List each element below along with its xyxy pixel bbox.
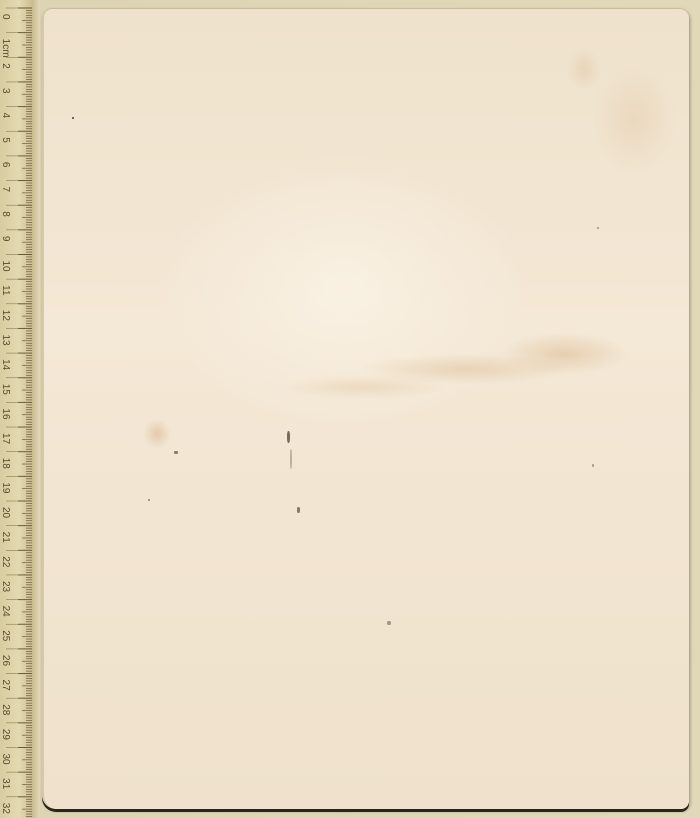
ink-speck [72,117,74,119]
ruler-label: 9 [0,236,11,242]
ink-speck [148,499,150,501]
ruler-label: 5 [0,137,11,143]
ruler-label: 31 [0,778,11,790]
ruler-label: 27 [0,680,11,692]
ruler-label: 19 [0,482,11,494]
ruler-label: 24 [0,606,11,618]
ink-smudge [290,449,292,469]
ruler-label: 25 [0,630,11,642]
measuring-ruler: 01cm234567891011121314151617181920212223… [0,0,33,818]
ruler-label: 22 [0,556,11,568]
ruler-label: 4 [0,113,11,119]
ink-smudge [287,431,290,443]
ink-speck [297,507,300,513]
ruler-label: 17 [0,433,11,445]
ruler-label: 23 [0,581,11,593]
ruler-label: 10 [0,261,11,273]
ruler-label: 6 [0,162,11,168]
ink-speck [174,451,178,454]
ruler-label: 14 [0,359,11,371]
ruler-ticks: 01cm234567891011121314151617181920212223… [0,0,32,818]
ruler-label: 32 [0,803,11,815]
ruler-label: 1cm [0,39,11,58]
ruler-label: 2 [0,63,11,69]
ruler-label: 16 [0,408,11,420]
ruler-label: 0 [0,14,11,20]
blank-page [42,8,689,809]
ruler-label: 18 [0,458,11,470]
ruler-label: 26 [0,655,11,667]
ink-speck [592,464,594,467]
ruler-label: 21 [0,532,11,544]
ruler-label: 8 [0,211,11,217]
ruler-label: 7 [0,187,11,193]
ruler-label: 29 [0,729,11,741]
ruler-label: 11 [0,285,11,296]
ruler-label: 30 [0,754,11,766]
ruler-label: 12 [0,310,11,322]
ruler-label: 28 [0,704,11,716]
ruler-label: 15 [0,384,11,396]
ruler-edge [32,0,40,818]
ink-speck [387,621,391,625]
ink-speck [597,227,599,229]
ruler-label: 3 [0,88,11,94]
ruler-label: 20 [0,507,11,519]
ruler-label: 13 [0,334,11,346]
